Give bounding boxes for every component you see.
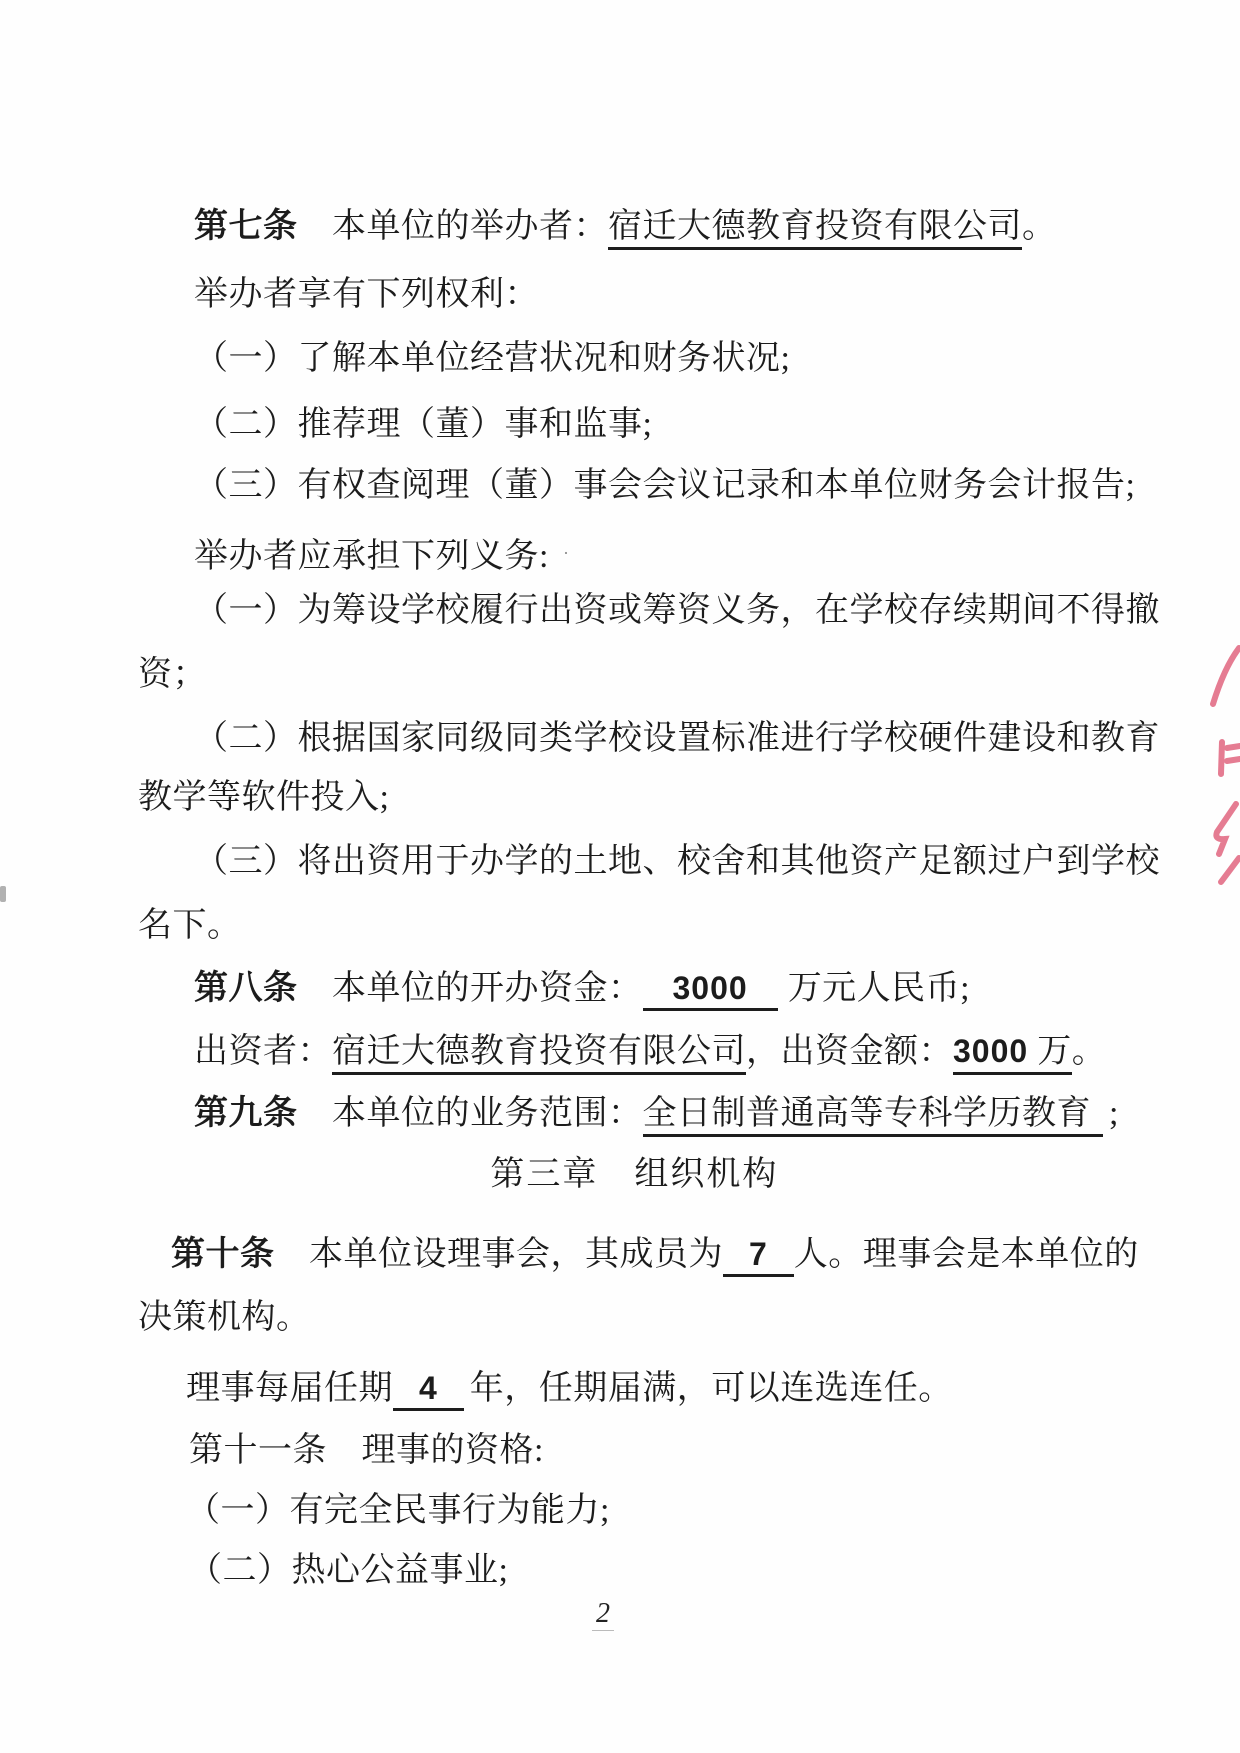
article-9-semicolon: ; [1109, 1095, 1119, 1132]
article-10-text-2: 人。理事会是本单位的 [794, 1236, 1139, 1273]
duty-item-1-text-1: （一）为筹设学校履行出资或筹资义务，在学校存续期间不得撤 [194, 592, 1160, 629]
scan-edge-speck [0, 886, 6, 902]
duty-item-3-line-1: （三）将出资用于办学的土地、校舍和其他资产足额过户到学校 [158, 793, 1160, 931]
founder-name-underlined: 宿迁大德教育投资有限公司 [608, 208, 1022, 250]
qualification-item-2-text: （二）热心公益事业; [188, 1552, 508, 1589]
qualification-item-2: （二）热心公益事业; [152, 1502, 508, 1640]
article-9-label: 第九条 [194, 1095, 298, 1132]
article-7-period: 。 [1022, 208, 1057, 245]
red-stamp-marks-icon [1190, 596, 1240, 886]
article-10-text-1: 本单位设理事会，其成员为 [275, 1236, 724, 1273]
page-number: 2 [592, 1598, 614, 1631]
document-page: 第七条 本单位的举办者：宿迁大德教育投资有限公司。 举办者享有下列权利： （一）… [0, 0, 1240, 1753]
duty-item-1-line-1: （一）为筹设学校履行出资或筹资义务，在学校存续期间不得撤 [158, 542, 1160, 680]
council-members-underlined: 7 [723, 1236, 794, 1277]
duty-item-3-text-1: （三）将出资用于办学的土地、校舍和其他资产足额过户到学校 [194, 843, 1160, 880]
